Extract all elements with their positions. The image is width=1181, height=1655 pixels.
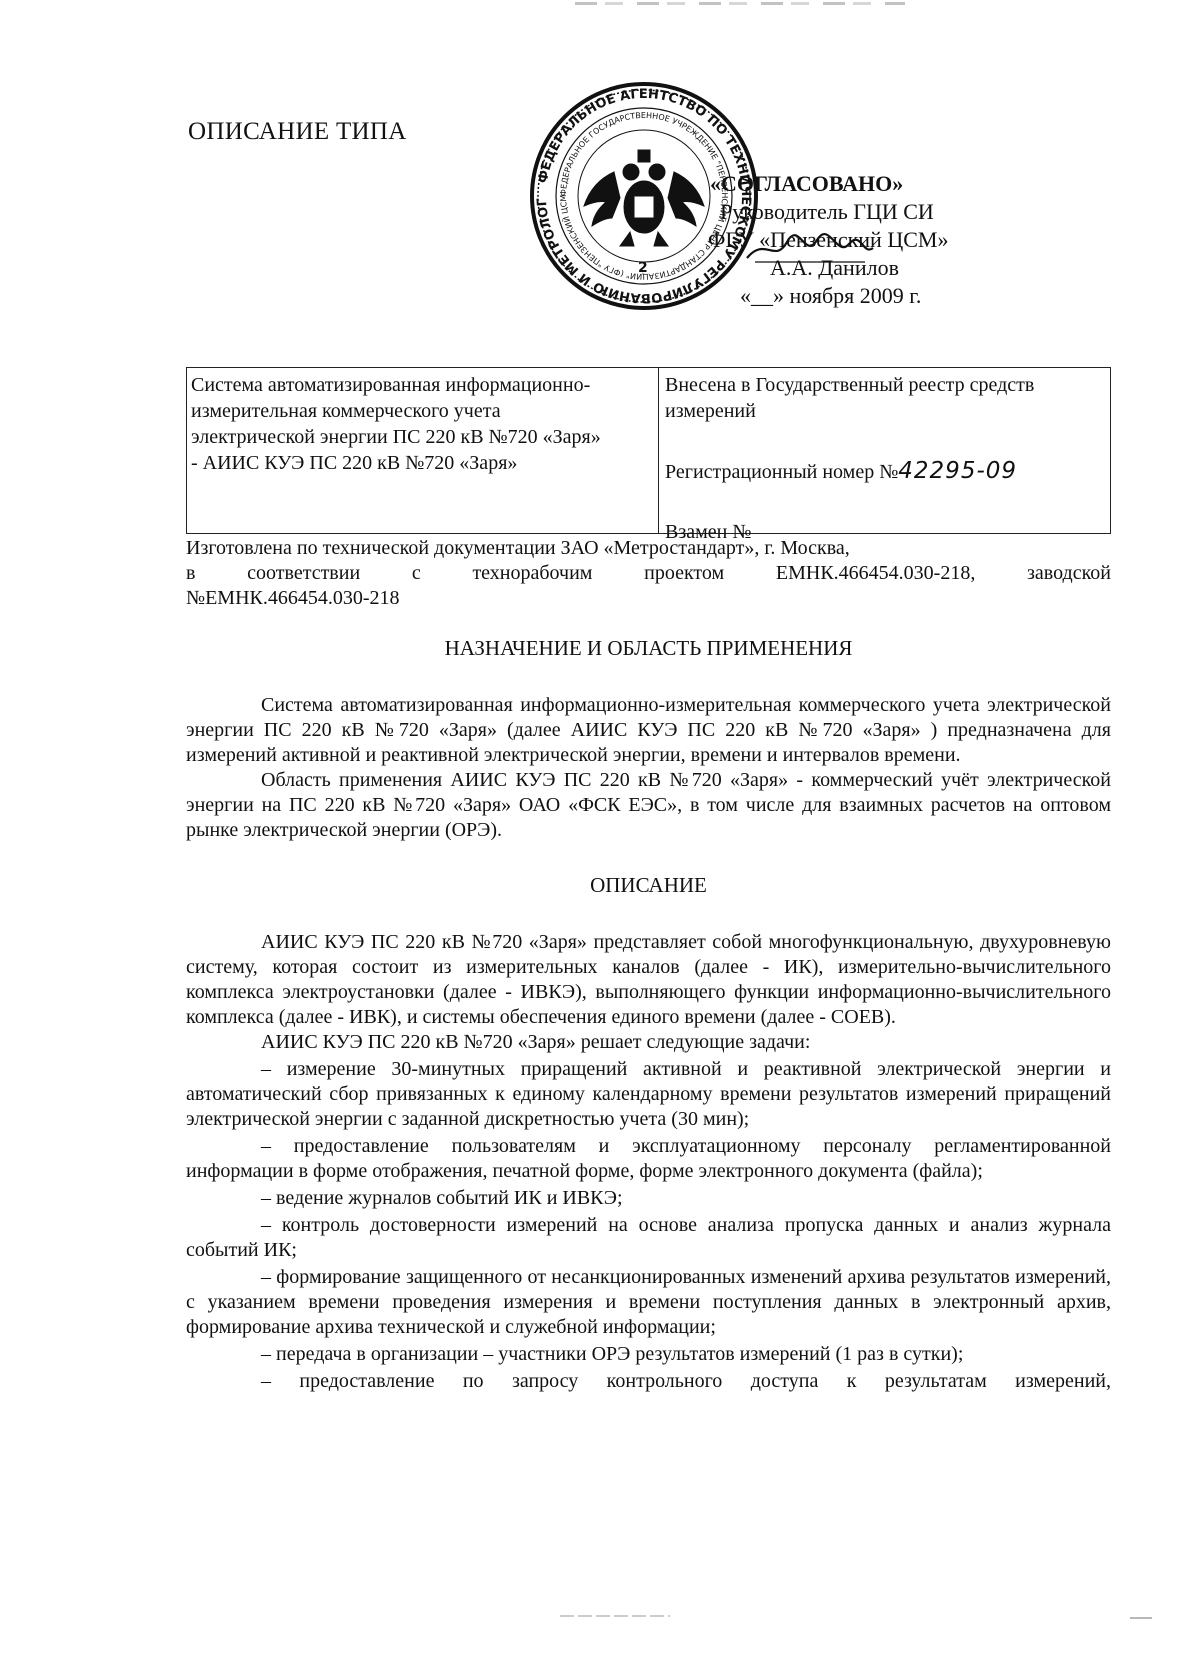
purpose-section-body: Система автоматизированная информационно… — [186, 693, 1111, 843]
scan-artifact-bottom-right — [1130, 1617, 1152, 1619]
registration-number-row: Регистрационный номер №42295-09 — [665, 458, 1104, 485]
system-name-line: измерительная коммерческого учета — [191, 398, 654, 424]
registration-number-label: Регистрационный номер № — [665, 461, 898, 483]
scan-artifact-top — [575, 2, 905, 5]
svg-text:2: 2 — [638, 260, 648, 276]
paragraph: АИИС КУЭ ПС 220 кВ №720 «Заря» решает сл… — [186, 1030, 1111, 1055]
registry-line: измерений — [665, 398, 1104, 424]
registry-info-cell: Внесена в Государственный реестр средств… — [659, 368, 1110, 533]
section-heading-description: ОПИСАНИЕ — [186, 873, 1111, 898]
handwritten-signature-icon — [745, 230, 875, 266]
document-title: ОПИСАНИЕ ТИПА — [188, 118, 407, 146]
paragraph: Система автоматизированная информационно… — [186, 693, 1111, 768]
approval-position: Руководитель ГЦИ СИ — [720, 198, 948, 226]
approval-date: «__» ноября 2009 г. — [740, 282, 948, 310]
task-list-item: – предоставление пользователям и эксплуа… — [186, 1134, 1111, 1184]
task-list-item: – измерение 30-минутных приращений актив… — [186, 1057, 1111, 1132]
system-name-line: - АИИС КУЭ ПС 220 кВ №720 «Заря» — [191, 450, 654, 476]
approval-agreed-label: «СОГЛАСОВАНО» — [710, 170, 948, 198]
section-heading-purpose: НАЗНАЧЕНИЕ И ОБЛАСТЬ ПРИМЕНЕНИЯ — [186, 636, 1111, 661]
manufacturer-line: №ЕМНК.466454.030-218 — [186, 586, 1111, 611]
system-name-line: Система автоматизированная информационно… — [191, 372, 654, 398]
task-list-item: – передача в организации – участники ОРЭ… — [186, 1342, 1111, 1367]
paragraph: АИИС КУЭ ПС 220 кВ №720 «Заря» представл… — [186, 930, 1111, 1030]
task-list-item: – контроль достоверности измерений на ос… — [186, 1213, 1111, 1263]
manufacturer-info: Изготовлена по технической документации … — [186, 536, 1111, 611]
description-section-body: АИИС КУЭ ПС 220 кВ №720 «Заря» представл… — [186, 930, 1111, 1394]
task-list-item: – формирование защищенного от несанкцион… — [186, 1265, 1111, 1340]
registry-table: Система автоматизированная информационно… — [186, 367, 1111, 534]
manufacturer-line: в соответствии с технорабочим проектом Е… — [186, 561, 1111, 586]
registry-line: Внесена в Государственный реестр средств — [665, 372, 1104, 398]
task-list-item: – предоставление по запросу контрольного… — [186, 1369, 1111, 1394]
registration-number-value: 42295-09 — [898, 458, 1017, 484]
manufacturer-line: Изготовлена по технической документации … — [186, 536, 1111, 561]
scan-artifact-bottom — [560, 1615, 670, 1617]
paragraph: Область применения АИИС КУЭ ПС 220 кВ №7… — [186, 768, 1111, 843]
system-name-line: электрической энергии ПС 220 кВ №720 «За… — [191, 424, 654, 450]
task-list-item: – ведение журналов событий ИК и ИВКЭ; — [186, 1186, 1111, 1211]
system-name-cell: Система автоматизированная информационно… — [187, 368, 659, 533]
